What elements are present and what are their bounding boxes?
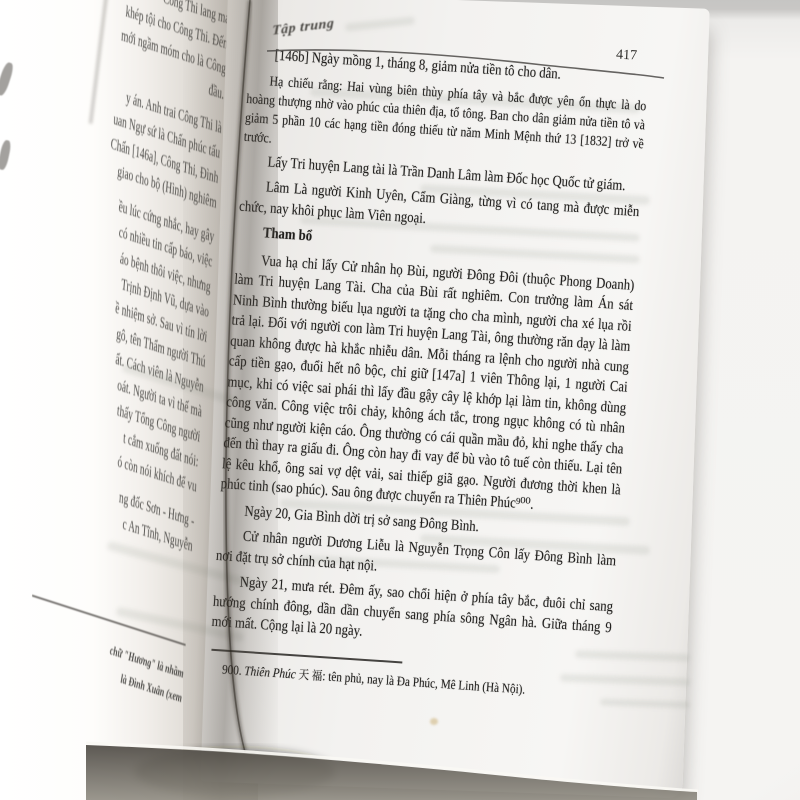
book-photo: bị Công Thi Công Thi lang ma khép tội ch… [0, 0, 800, 800]
footnote-number: 900. [222, 661, 245, 677]
page-number: 417 [616, 47, 638, 64]
footnote-han-characters: 天 福 [298, 667, 323, 683]
footnote-term: Thiên Phúc [244, 663, 299, 682]
right-page-text: [146b] Ngày mồng 1, tháng 8, giảm nửa ti… [208, 44, 649, 704]
dust-speck [430, 718, 438, 725]
paragraph: Vua hạ chỉ lấy Cử nhân họ Bùi, người Đôn… [220, 249, 635, 521]
